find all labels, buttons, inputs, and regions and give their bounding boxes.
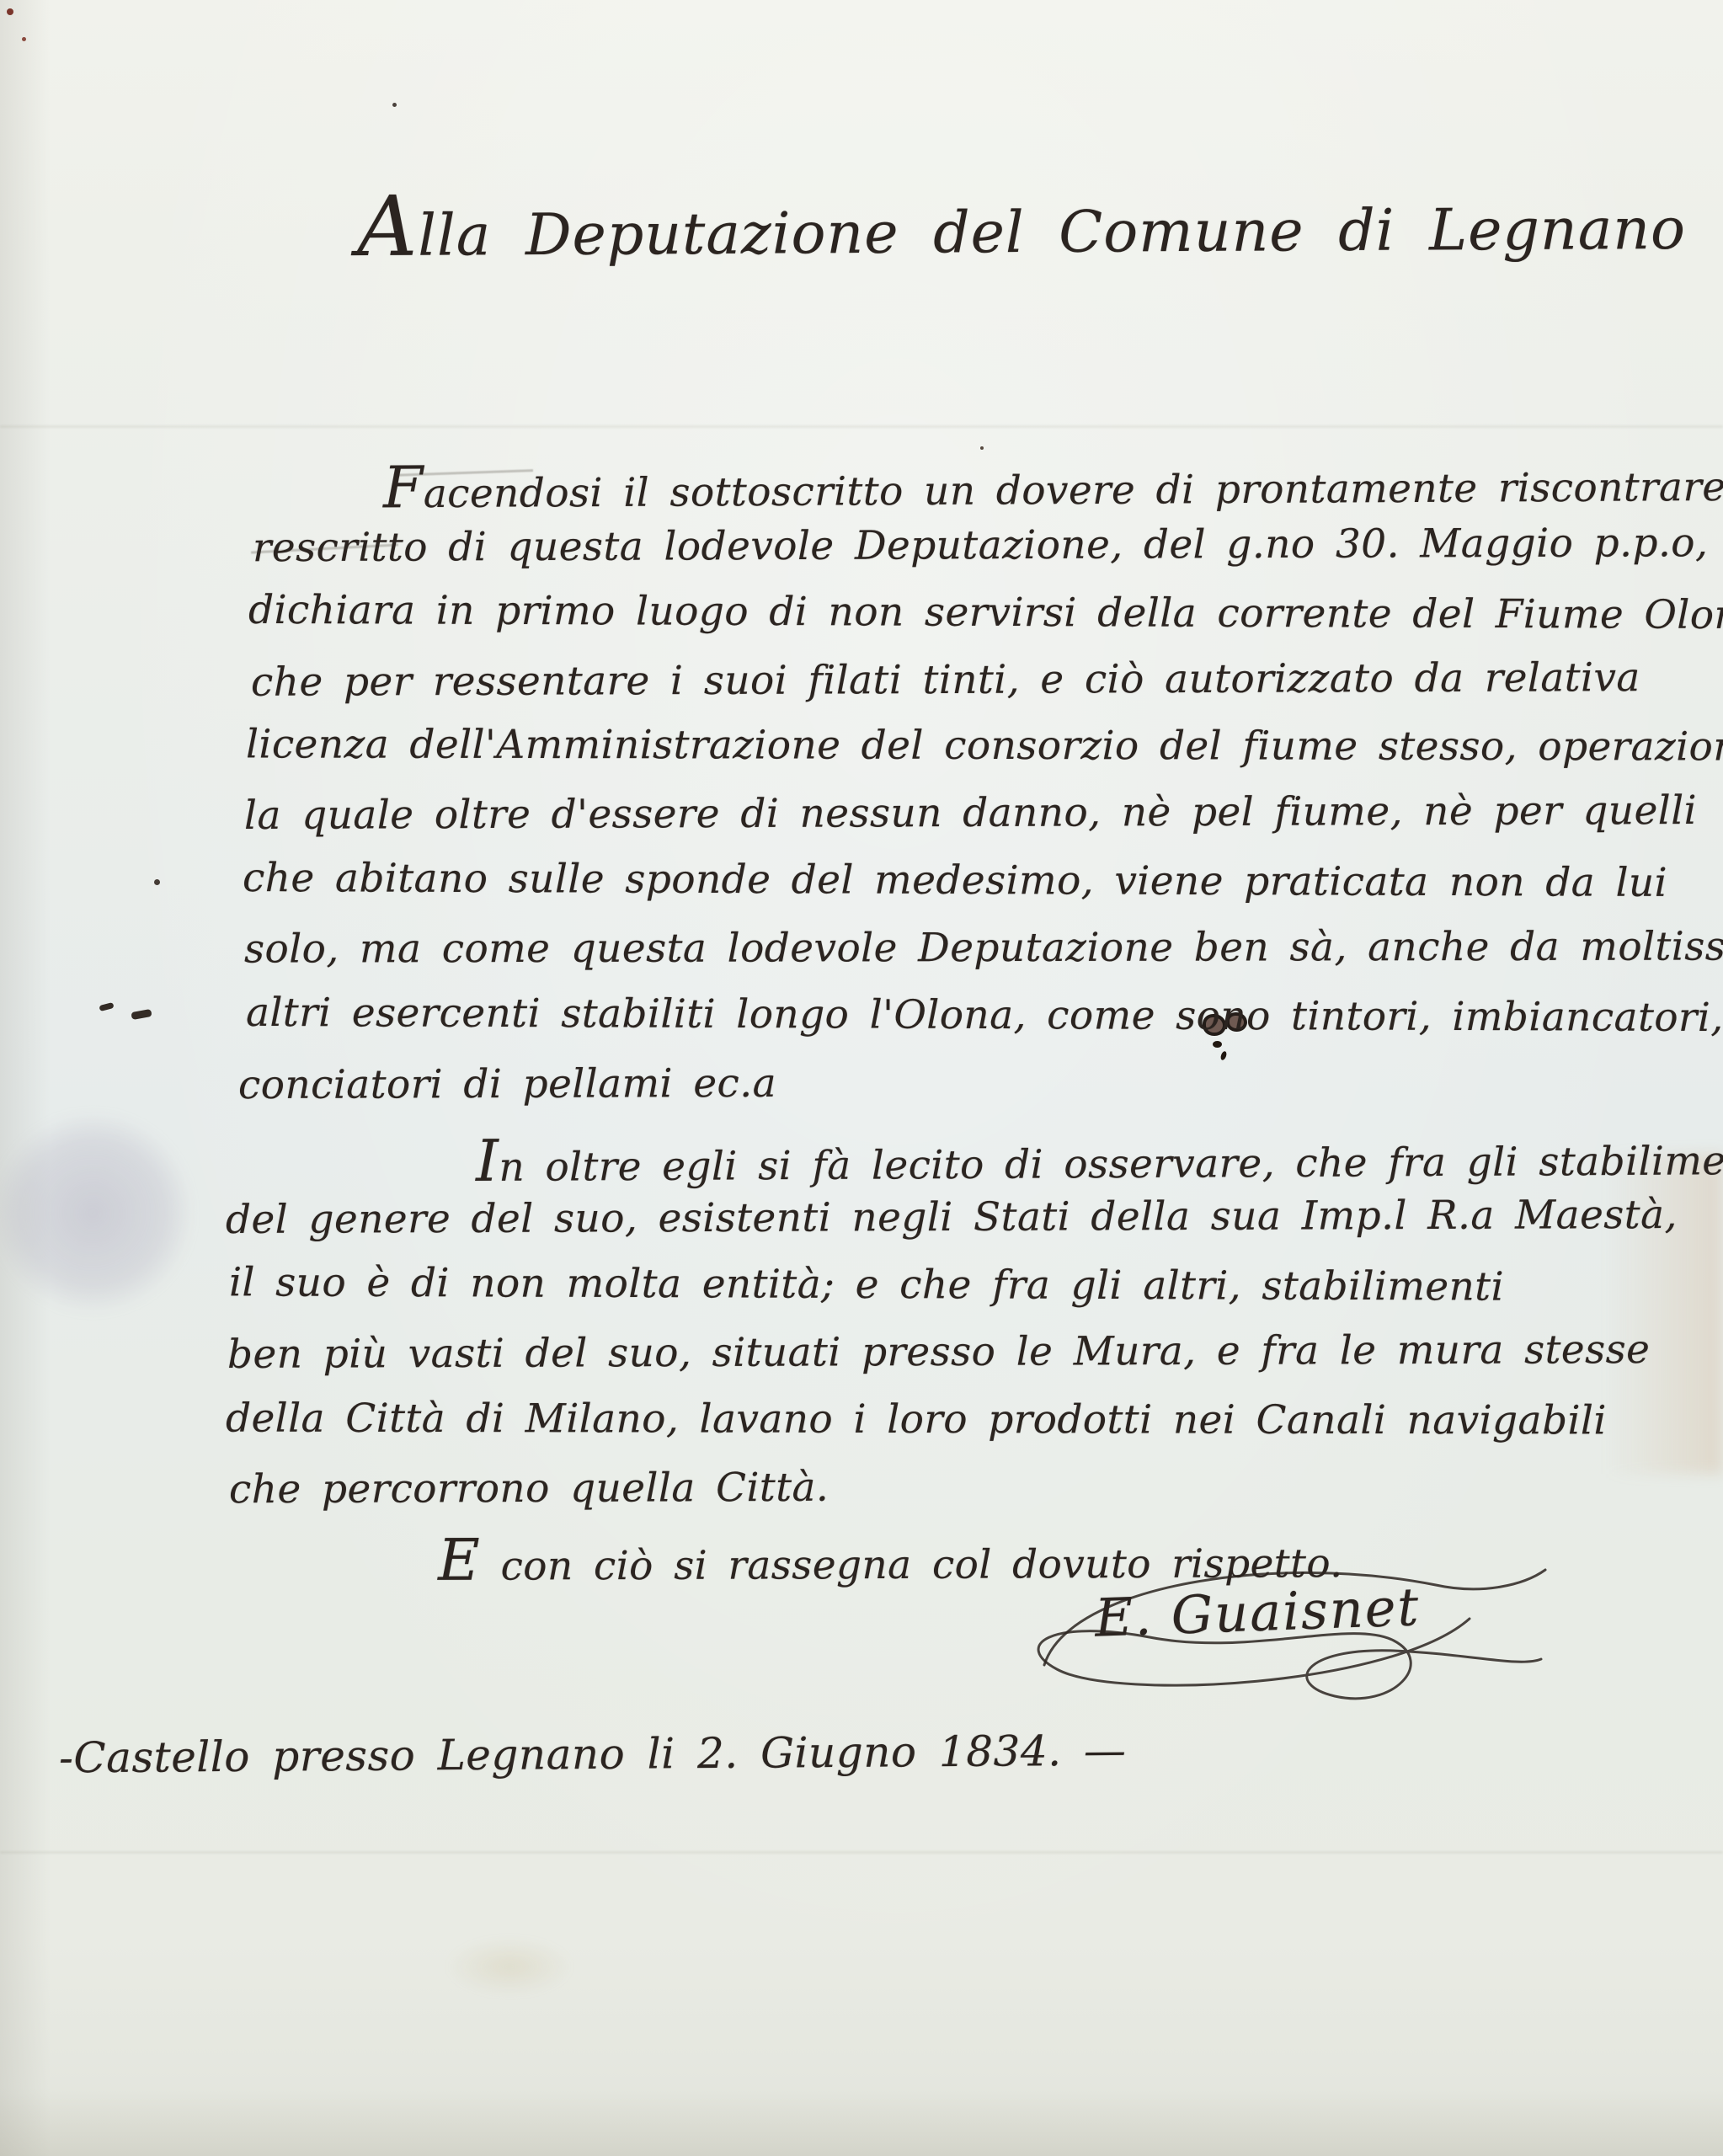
body-line: del genere del suo, esistenti negli Stat…: [226, 1192, 1678, 1243]
paper-speck: [7, 8, 13, 15]
paper-edge-shadow: [0, 2089, 1723, 2156]
signature: E. Guaisnet: [1094, 1576, 1422, 1648]
letter-title: Alla Deputazione del Comune di Legnano: [354, 172, 1690, 275]
paper-stain: [446, 1937, 573, 1996]
body-line: In oltre egli si fà lecito di osservare,…: [476, 1122, 1723, 1195]
dateline: -Castello presso Legnano li 2. Giugno 18…: [59, 1726, 1127, 1783]
body-line: la quale oltre d'essere di nessun danno,…: [244, 787, 1697, 839]
paper-crease: [0, 1851, 1723, 1854]
body-line: ben più vasti del suo, situati presso le…: [227, 1326, 1651, 1378]
body-line: che per ressentare i suoi filati tinti, …: [251, 654, 1640, 706]
body-line: dichiara in primo luogo di non servirsi …: [248, 587, 1723, 638]
body-line: rescritto di questa lodevole Deputazione…: [253, 520, 1723, 571]
paper-speck: [980, 446, 984, 450]
ink-mark: [99, 1002, 114, 1011]
body-line: il suo è di non molta entità; e che fra …: [229, 1259, 1504, 1310]
body-line: altri esercenti stabiliti longo l'Olona,…: [246, 990, 1723, 1041]
ink-blot: [1219, 1050, 1227, 1060]
letter-page: Alla Deputazione del Comune di Legnano F…: [0, 0, 1723, 2156]
ink-blot: [1213, 1041, 1222, 1048]
body-line: che abitano sulle sponde del medesimo, v…: [243, 855, 1667, 906]
paper-crease: [0, 425, 1723, 428]
body-line: Facendosi il sottoscritto un dovere di p…: [383, 448, 1723, 522]
body-line: della Città di Milano, lavano i loro pro…: [226, 1396, 1607, 1444]
paper-speck: [154, 879, 160, 885]
body-line: conciatori di pellami ec.a: [238, 1060, 776, 1108]
body-line: solo, ma come questa lodevole Deputazion…: [244, 923, 1723, 972]
ink-mark: [131, 1009, 152, 1020]
paper-speck: [22, 37, 26, 41]
paper-speck: [392, 103, 397, 107]
body-line: che percorrono quella Città.: [229, 1465, 829, 1513]
paper-stain: [0, 1049, 257, 1378]
body-line: licenza dell'Amministrazione del consorz…: [246, 721, 1723, 770]
